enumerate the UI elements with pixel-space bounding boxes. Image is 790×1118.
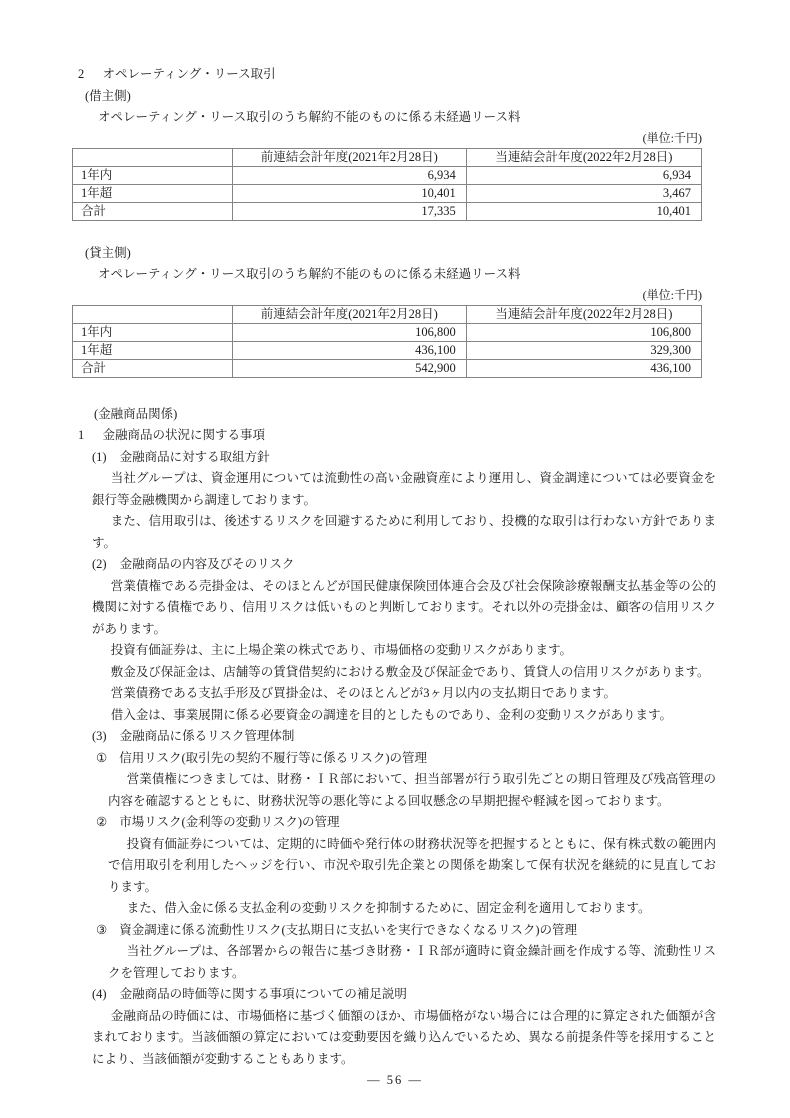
lessor-side-label: (貸主側) [85, 243, 716, 265]
financial-group-label: (金融商品関係) [94, 404, 716, 426]
row-label-cell: 1年内 [73, 166, 233, 184]
lessee-table-caption: オペレーティング・リース取引のうち解約不能のものに係る未経過リース料 [98, 107, 716, 129]
lease-heading-number: 2 [78, 64, 91, 86]
table-row: 合計 542,900 436,100 [73, 359, 702, 377]
row-label-cell: 合計 [73, 202, 233, 220]
fin-item-4-heading: (4)金融商品の時価等に関する事項についての補足説明 [92, 984, 716, 1006]
table-row: 1年内 106,800 106,800 [73, 323, 702, 341]
table-row: 合計 17,335 10,401 [73, 202, 702, 220]
fin-item-3-sub-3-paragraph: 当社グループは、各部署からの報告に基づき財務・ＩＲ部が適時に資金繰計画を作成する… [108, 941, 716, 984]
fin-item-4-paragraph: 金融商品の時価には、市場価格に基づく価額のほか、市場価格がない場合には合理的に算… [92, 1006, 716, 1071]
item-marker: (1) [92, 447, 107, 469]
row-label-cell: 1年超 [73, 341, 233, 359]
lease-section-heading: 2オペレーティング・リース取引 [72, 64, 716, 86]
curr-year-cell: 3,467 [466, 184, 701, 202]
fin-section-heading: 1金融商品の状況に関する事項 [72, 425, 716, 447]
fin-item-2-paragraph: 営業債務である支払手形及び買掛金は、そのほとんどが3ヶ月以内の支払期日であります… [92, 683, 716, 705]
row-label-cell: 1年内 [73, 323, 233, 341]
fin-item-3-heading: (3)金融商品に係るリスク管理体制 [92, 726, 716, 748]
col-header-empty [73, 148, 233, 166]
lessee-block: (借主側) オペレーティング・リース取引のうち解約不能のものに係る未経過リース料… [72, 86, 716, 221]
fin-heading-title: 金融商品の状況に関する事項 [103, 428, 266, 442]
lessor-block: (貸主側) オペレーティング・リース取引のうち解約不能のものに係る未経過リース料… [72, 243, 716, 378]
curr-year-cell: 106,800 [466, 323, 701, 341]
table-row: 1年超 436,100 329,300 [73, 341, 702, 359]
fin-item-2-paragraph: 借入金は、事業展開に係る必要資金の調達を目的としたものであり、金利の変動リスクが… [92, 705, 716, 727]
lessor-table-caption: オペレーティング・リース取引のうち解約不能のものに係る未経過リース料 [98, 264, 716, 286]
unit-label-lessor: (単位:千円) [72, 286, 716, 304]
unit-label-lessee: (単位:千円) [72, 129, 716, 147]
curr-year-cell: 10,401 [466, 202, 701, 220]
lease-heading-title: オペレーティング・リース取引 [103, 67, 276, 81]
item-marker: (4) [92, 984, 107, 1006]
prev-year-cell: 106,800 [232, 323, 466, 341]
item-title: 金融商品に対する取組方針 [120, 450, 270, 464]
prev-year-cell: 17,335 [232, 202, 466, 220]
prev-year-cell: 542,900 [232, 359, 466, 377]
fin-item-3-sub-2-heading: ②市場リスク(金利等の変動リスク)の管理 [96, 812, 716, 834]
fin-item-2-paragraph: 敷金及び保証金は、店舗等の賃貸借契約における敷金及び保証金であり、賃貸人の信用リ… [92, 662, 716, 684]
row-label-cell: 1年超 [73, 184, 233, 202]
fin-item-1-heading: (1)金融商品に対する取組方針 [92, 447, 716, 469]
fin-item-3-sub-2-paragraph: また、借入金に係る支払金利の変動リスクを抑制するために、固定金利を適用しておりま… [108, 898, 716, 920]
curr-year-cell: 436,100 [466, 359, 701, 377]
col-header-prev-year: 前連結会計年度(2021年2月28日) [232, 305, 466, 323]
fin-item-2-heading: (2)金融商品の内容及びそのリスク [92, 554, 716, 576]
fin-item-2-paragraph: 投資有価証券は、主に上場企業の株式であり、市場価格の変動リスクがあります。 [92, 640, 716, 662]
table-header-row: 前連結会計年度(2021年2月28日) 当連結会計年度(2022年2月28日) [73, 148, 702, 166]
prev-year-cell: 10,401 [232, 184, 466, 202]
col-header-empty [73, 305, 233, 323]
fin-item-3-sub-1-paragraph: 営業債権につきましては、財務・ＩＲ部において、担当部署が行う取引先ごとの期日管理… [108, 769, 716, 812]
prev-year-cell: 436,100 [232, 341, 466, 359]
lessor-table: 前連結会計年度(2021年2月28日) 当連結会計年度(2022年2月28日) … [72, 305, 702, 378]
item-marker: (2) [92, 554, 107, 576]
col-header-prev-year: 前連結会計年度(2021年2月28日) [232, 148, 466, 166]
table-row: 1年超 10,401 3,467 [73, 184, 702, 202]
page-number: — 56 — [0, 1073, 790, 1088]
item-title: 金融商品の内容及びそのリスク [120, 557, 295, 571]
fin-item-1-paragraph: 当社グループは、資金運用については流動性の高い金融資産により運用し、資金調達につ… [92, 468, 716, 511]
fin-item-2-paragraph: 営業債権である売掛金は、そのほとんどが国民健康保険団体連合会及び社会保険診療報酬… [92, 576, 716, 641]
fin-item-3-sub-2-paragraph: 投資有価証券については、定期的に時価や発行体の財務状況等を把握するとともに、保有… [108, 834, 716, 899]
col-header-curr-year: 当連結会計年度(2022年2月28日) [466, 305, 701, 323]
fin-item-3-sub-3-heading: ③資金調達に係る流動性リスク(支払期日に支払いを実行できなくなるリスク)の管理 [96, 920, 716, 942]
col-header-curr-year: 当連結会計年度(2022年2月28日) [466, 148, 701, 166]
page-content: 2オペレーティング・リース取引 (借主側) オペレーティング・リース取引のうち解… [0, 0, 790, 1070]
fin-item-1-paragraph: また、信用取引は、後述するリスクを回避するために利用しており、投機的な取引は行わ… [92, 511, 716, 554]
subitem-title: 市場リスク(金利等の変動リスク)の管理 [119, 815, 339, 829]
item-title: 金融商品の時価等に関する事項についての補足説明 [120, 987, 407, 1001]
table-header-row: 前連結会計年度(2021年2月28日) 当連結会計年度(2022年2月28日) [73, 305, 702, 323]
curr-year-cell: 329,300 [466, 341, 701, 359]
subitem-marker: ① [96, 748, 107, 770]
subitem-marker: ③ [96, 920, 107, 942]
item-title: 金融商品に係るリスク管理体制 [120, 729, 295, 743]
fin-heading-number: 1 [78, 425, 91, 447]
fin-item-3-sub-1-heading: ①信用リスク(取引先の契約不履行等に係るリスク)の管理 [96, 748, 716, 770]
row-label-cell: 合計 [73, 359, 233, 377]
prev-year-cell: 6,934 [232, 166, 466, 184]
lessee-side-label: (借主側) [85, 86, 716, 108]
document-page: 2オペレーティング・リース取引 (借主側) オペレーティング・リース取引のうち解… [0, 0, 790, 1118]
curr-year-cell: 6,934 [466, 166, 701, 184]
lessee-table: 前連結会計年度(2021年2月28日) 当連結会計年度(2022年2月28日) … [72, 148, 702, 221]
subitem-title: 信用リスク(取引先の契約不履行等に係るリスク)の管理 [119, 751, 427, 765]
subitem-title: 資金調達に係る流動性リスク(支払期日に支払いを実行できなくなるリスク)の管理 [119, 923, 577, 937]
item-marker: (3) [92, 726, 107, 748]
subitem-marker: ② [96, 812, 107, 834]
table-row: 1年内 6,934 6,934 [73, 166, 702, 184]
